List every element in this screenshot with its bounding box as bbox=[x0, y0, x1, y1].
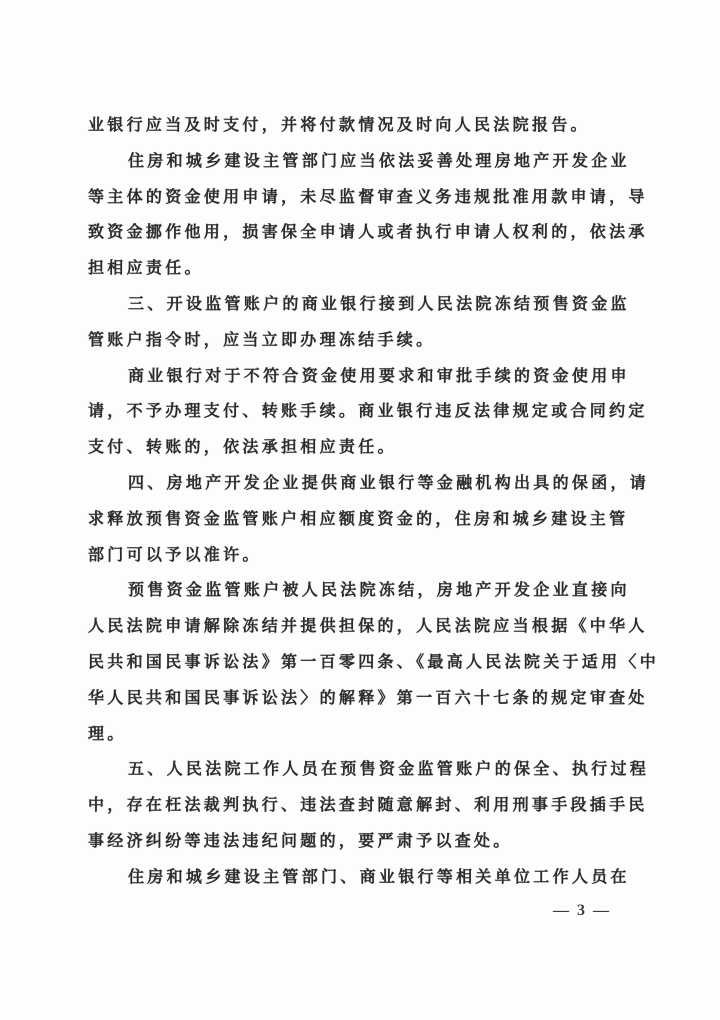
text-line-17: 华人民共和国民事诉讼法〉的解释》第一百六十七条的规定审查处 bbox=[88, 680, 633, 716]
text-line-3: 等主体的资金使用申请，未尽监督审查义务违规批准用款申请，导 bbox=[88, 179, 633, 215]
text-line-11: 四、房地产开发企业提供商业银行等金融机构出具的保函，请 bbox=[88, 465, 633, 501]
text-line-14: 预售资金监管账户被人民法院冻结，房地产开发企业直接向 bbox=[88, 572, 633, 608]
text-line-8: 商业银行对于不符合资金使用要求和审批手续的资金使用申 bbox=[88, 358, 633, 394]
text-line-16: 民共和国民事诉讼法》第一百零四条、《最高人民法院关于适用〈中 bbox=[88, 644, 633, 680]
text-line-21: 事经济纠纷等违法违纪问题的，要严肃予以查处。 bbox=[88, 823, 633, 859]
text-line-19: 五、人民法院工作人员在预售资金监管账户的保全、执行过程 bbox=[88, 751, 633, 787]
page-number: — 3 — bbox=[553, 902, 611, 920]
text-line-5: 担相应责任。 bbox=[88, 250, 633, 286]
text-line-12: 求释放预售资金监管账户相应额度资金的，住房和城乡建设主管 bbox=[88, 501, 633, 537]
text-line-6: 三、开设监管账户的商业银行接到人民法院冻结预售资金监 bbox=[88, 286, 633, 322]
text-line-2: 住房和城乡建设主管部门应当依法妥善处理房地产开发企业 bbox=[88, 143, 633, 179]
text-line-18: 理。 bbox=[88, 716, 633, 752]
text-line-15: 人民法院申请解除冻结并提供担保的，人民法院应当根据《中华人 bbox=[88, 608, 633, 644]
text-line-22: 住房和城乡建设主管部门、商业银行等相关单位工作人员在 bbox=[88, 859, 633, 895]
text-line-4: 致资金挪作他用，损害保全申请人或者执行申请人权利的，依法承 bbox=[88, 214, 633, 250]
text-line-10: 支付、转账的，依法承担相应责任。 bbox=[88, 429, 633, 465]
text-line-1: 业银行应当及时支付，并将付款情况及时向人民法院报告。 bbox=[88, 107, 633, 143]
text-line-13: 部门可以予以准许。 bbox=[88, 537, 633, 573]
text-line-9: 请，不予办理支付、转账手续。商业银行违反法律规定或合同约定 bbox=[88, 393, 633, 429]
text-line-20: 中，存在枉法裁判执行、违法查封随意解封、利用刑事手段插手民 bbox=[88, 787, 633, 823]
body-text: 业银行应当及时支付，并将付款情况及时向人民法院报告。 住房和城乡建设主管部门应当… bbox=[88, 107, 633, 895]
document-page: 业银行应当及时支付，并将付款情况及时向人民法院报告。 住房和城乡建设主管部门应当… bbox=[0, 0, 720, 1020]
text-line-7: 管账户指令时，应当立即办理冻结手续。 bbox=[88, 322, 633, 358]
